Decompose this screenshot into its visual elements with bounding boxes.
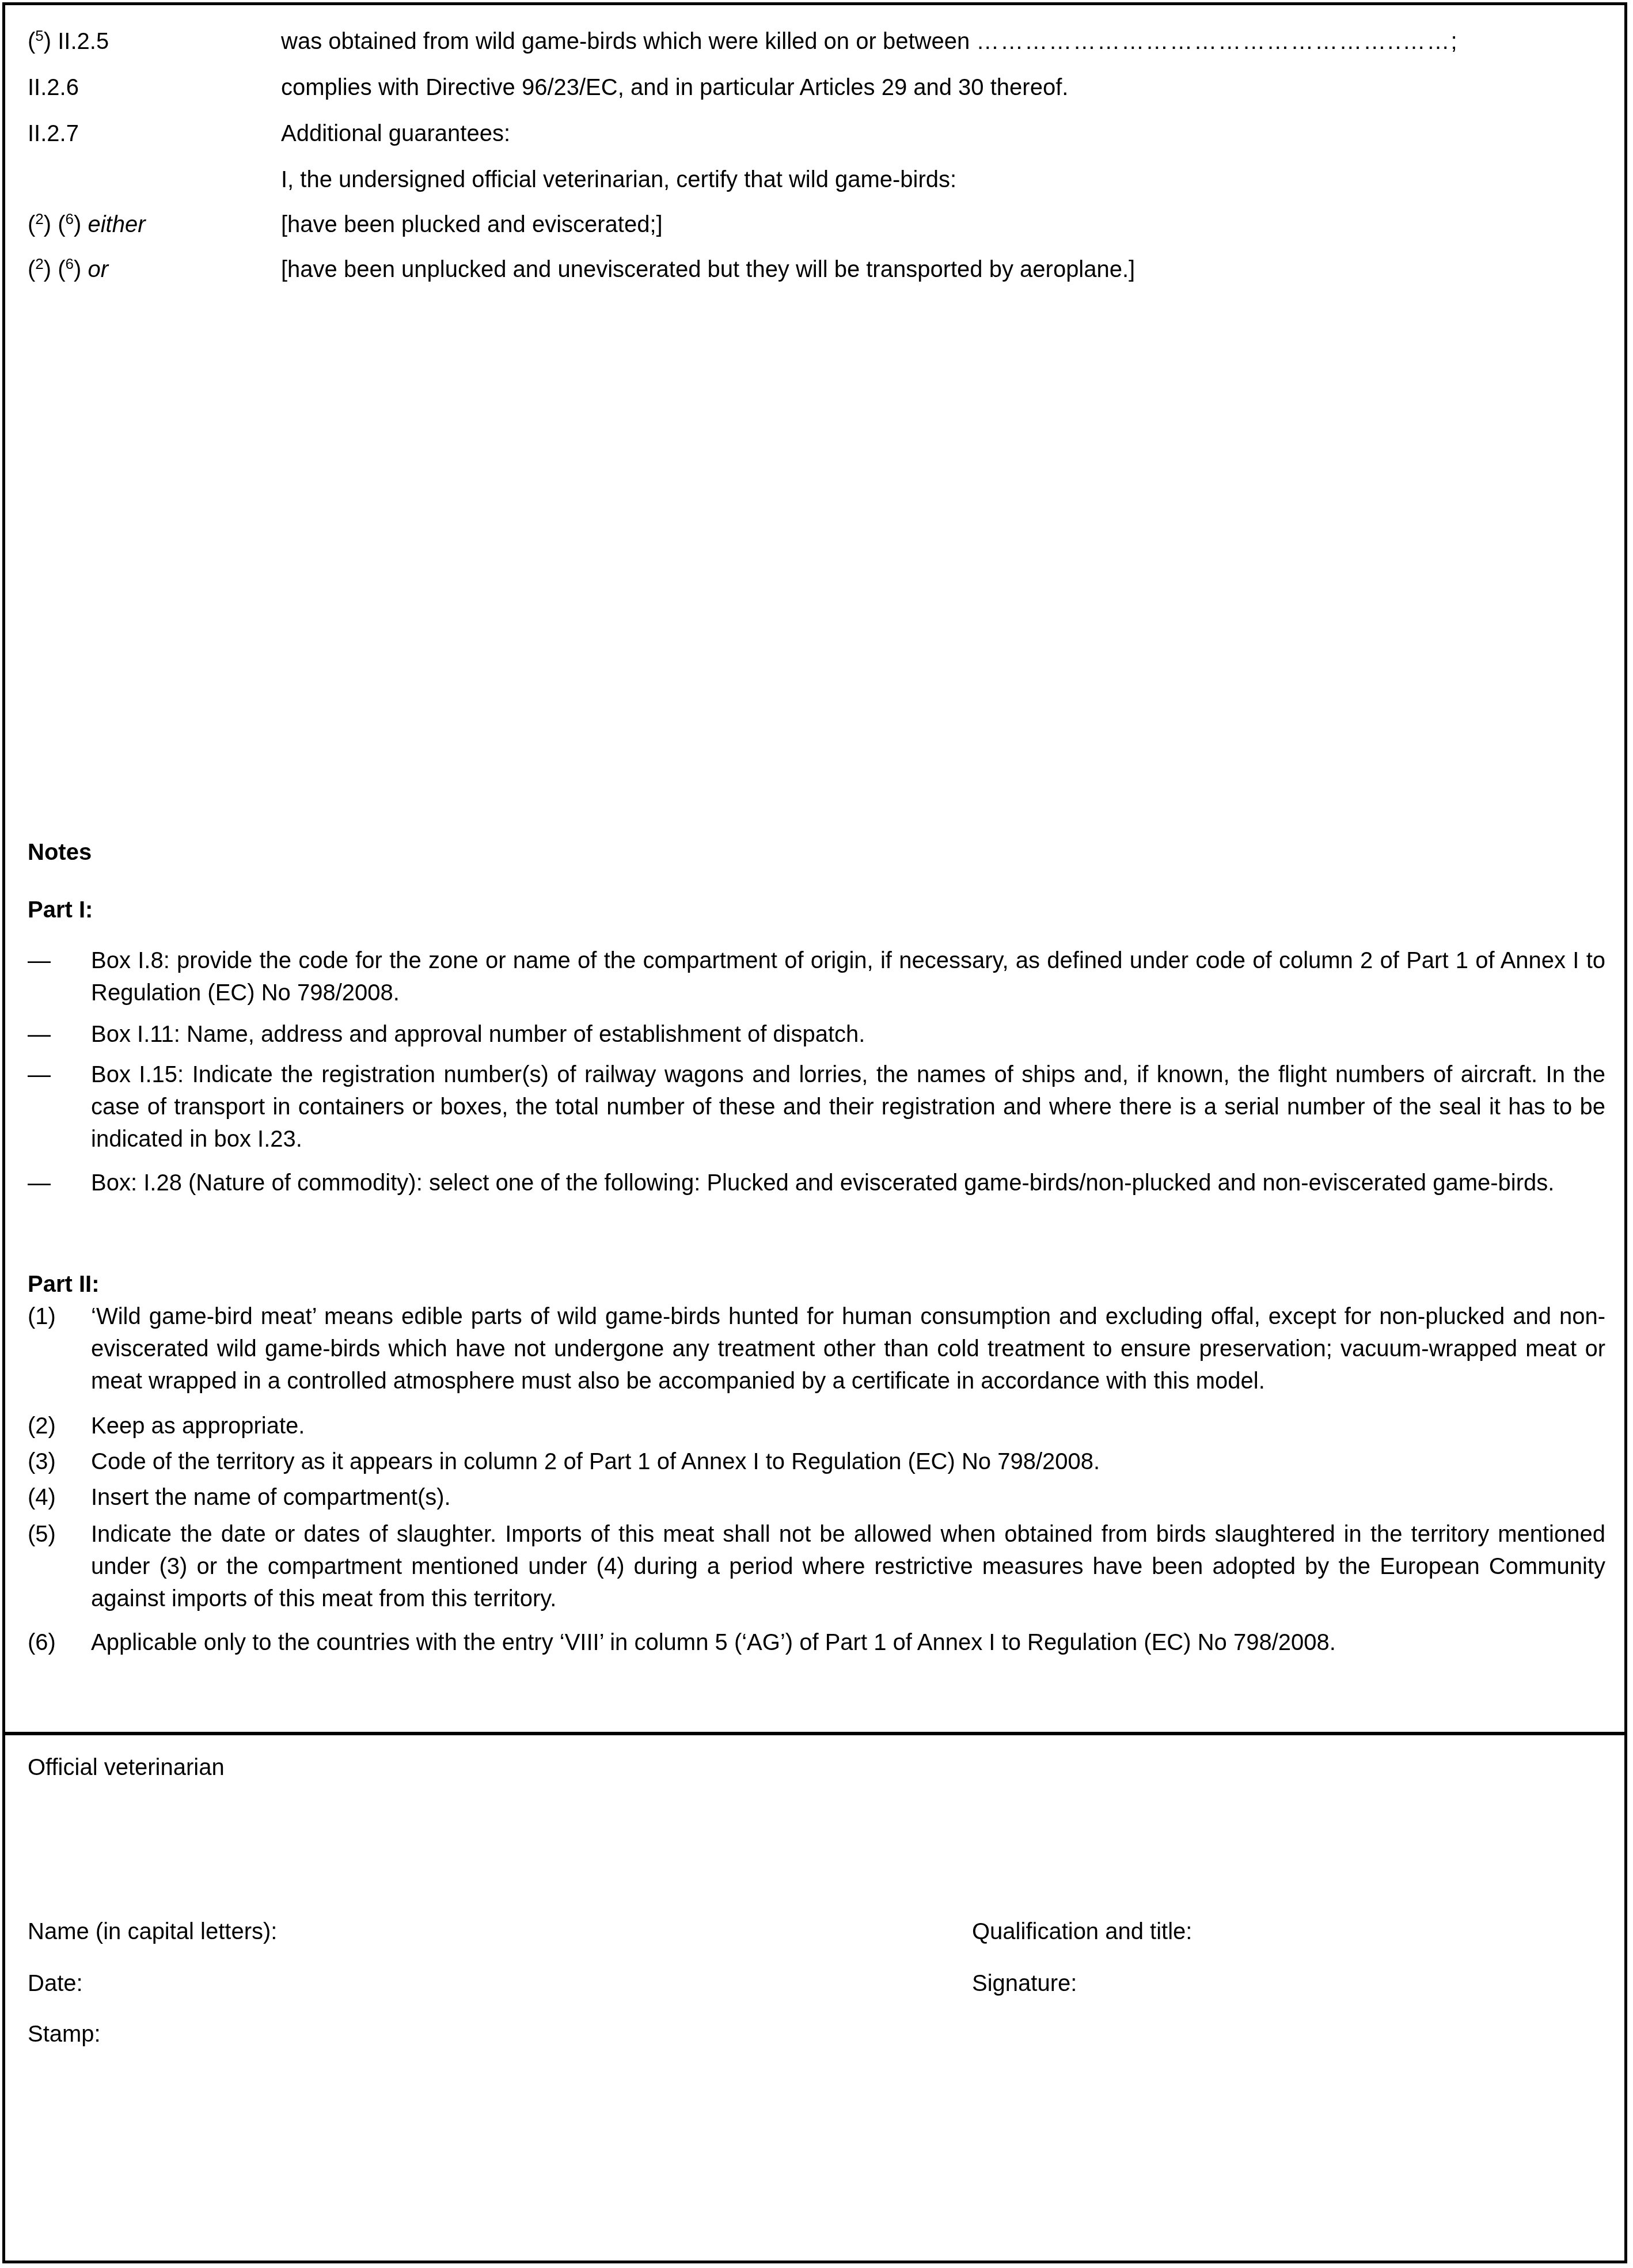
- note-box-i11: — Box I.11: Name, address and approval n…: [28, 1018, 1605, 1050]
- footnote-marker: (5): [28, 1518, 91, 1615]
- footnote-text: Applicable only to the countries with th…: [91, 1626, 1605, 1659]
- footnote-5: (5) Indicate the date or dates of slaugh…: [28, 1518, 1605, 1615]
- note-box-i8: — Box I.8: provide the code for the zone…: [28, 945, 1605, 1009]
- notes-title: Notes: [28, 839, 92, 866]
- clause-number: [28, 166, 281, 194]
- row-ii-2-6: II.2.6 complies with Directive 96/23/EC,…: [28, 74, 1605, 101]
- clause-text: Additional guarantees:: [281, 120, 1605, 147]
- option-text[interactable]: [have been unplucked and uneviscerated b…: [281, 256, 1605, 283]
- clause-number: II.2.7: [28, 120, 281, 147]
- row-label: (2) (6) or: [28, 256, 281, 283]
- footnote-1: (1) ‘Wild game-bird meat’ means edible p…: [28, 1300, 1605, 1397]
- row-text: was obtained from wild game-birds which …: [281, 28, 1605, 55]
- note-text: Box I.8: provide the code for the zone o…: [91, 945, 1605, 1009]
- row-either: (2) (6) either [have been plucked and ev…: [28, 211, 1605, 238]
- footnote-ref: 5: [35, 27, 43, 44]
- row-ii-2-7: II.2.7 Additional guarantees:: [28, 120, 1605, 147]
- dash-marker: —: [28, 1018, 91, 1050]
- footnote-3: (3) Code of the territory as it appears …: [28, 1446, 1605, 1478]
- qualification-field[interactable]: Qualification and title:: [972, 1918, 1192, 1945]
- footnote-marker: (2): [28, 1410, 91, 1442]
- footnote-marker: (6): [28, 1626, 91, 1659]
- footnote-text: Keep as appropriate.: [91, 1410, 1605, 1442]
- dash-marker: —: [28, 1167, 91, 1199]
- footnote-marker: (3): [28, 1446, 91, 1478]
- clause-text: was obtained from wild game-birds which …: [281, 29, 970, 54]
- signature-block-title: Official veterinarian: [28, 1754, 225, 1781]
- footnote-ref: 2: [35, 255, 43, 272]
- section-divider: [2, 1732, 1627, 1735]
- note-text: Box: I.28 (Nature of commodity): select …: [91, 1167, 1605, 1199]
- fill-in-date-range[interactable]: ……………………………………………..……;: [976, 29, 1458, 54]
- clause-text: complies with Directive 96/23/EC, and in…: [281, 74, 1605, 101]
- dash-marker: —: [28, 1059, 91, 1155]
- footnote-marker: (1): [28, 1300, 91, 1397]
- footnote-text: Insert the name of compartment(s).: [91, 1481, 1605, 1514]
- row-or: (2) (6) or [have been unplucked and unev…: [28, 256, 1605, 283]
- option-label: or: [88, 257, 108, 282]
- row-label: (2) (6) either: [28, 211, 281, 238]
- note-text: Box I.15: Indicate the registration numb…: [91, 1059, 1605, 1155]
- note-text: Box I.11: Name, address and approval num…: [91, 1018, 1605, 1050]
- part2-heading: Part II:: [28, 1270, 99, 1298]
- option-text[interactable]: [have been plucked and eviscerated;]: [281, 211, 1605, 238]
- note-box-i28: — Box: I.28 (Nature of commodity): selec…: [28, 1167, 1605, 1199]
- footnote-6: (6) Applicable only to the countries wit…: [28, 1626, 1605, 1659]
- footnote-ref: 6: [66, 255, 74, 272]
- footnote-2: (2) Keep as appropriate.: [28, 1410, 1605, 1442]
- row-label: (5) II.2.5: [28, 28, 281, 55]
- footnote-text: Code of the territory as it appears in c…: [91, 1446, 1605, 1478]
- footnote-4: (4) Insert the name of compartment(s).: [28, 1481, 1605, 1514]
- row-certify: I, the undersigned official veterinarian…: [28, 166, 1605, 194]
- date-field[interactable]: Date:: [28, 1970, 83, 1997]
- clause-number: II.2.6: [28, 74, 281, 101]
- row-ii-2-5: (5) II.2.5 was obtained from wild game-b…: [28, 28, 1605, 55]
- footnote-text: Indicate the date or dates of slaughter.…: [91, 1518, 1605, 1615]
- clause-text: I, the undersigned official veterinarian…: [281, 166, 1605, 194]
- footnote-marker: (4): [28, 1481, 91, 1514]
- footnote-text: ‘Wild game-bird meat’ means edible parts…: [91, 1300, 1605, 1397]
- stamp-field[interactable]: Stamp:: [28, 2020, 101, 2048]
- clause-number: II.2.5: [58, 29, 109, 54]
- name-field[interactable]: Name (in capital letters):: [28, 1918, 277, 1945]
- part1-heading: Part I:: [28, 896, 93, 924]
- note-box-i15: — Box I.15: Indicate the registration nu…: [28, 1059, 1605, 1155]
- footnote-ref: 2: [35, 210, 43, 227]
- option-label: either: [88, 212, 145, 237]
- footnote-ref: 6: [66, 210, 74, 227]
- signature-field[interactable]: Signature:: [972, 1970, 1077, 1997]
- dash-marker: —: [28, 945, 91, 1009]
